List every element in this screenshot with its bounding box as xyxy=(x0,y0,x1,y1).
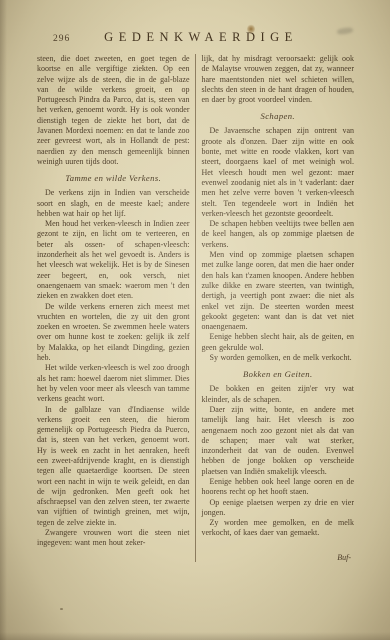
paragraph: In de galblaze van d'Indiaense wilde ver… xyxy=(37,405,190,529)
page-header: 296 GEDENKWAERDIGE xyxy=(0,30,390,48)
section-heading-bokken-en-geiten: Bokken en Geiten. xyxy=(202,369,355,379)
page-edge-shadow-bottom xyxy=(0,632,390,640)
paragraph: Men vind op zommige plaetsen schapen met… xyxy=(202,250,355,332)
paragraph: De wilde verkens erneren zich meest met … xyxy=(37,302,190,364)
text-columns: steen, die doet zweeten, en goet tegen d… xyxy=(37,54,354,562)
left-column: steen, die doet zweeten, en goet tegen d… xyxy=(37,54,195,562)
scanned-book-page: 296 GEDENKWAERDIGE steen, die doet zweet… xyxy=(0,0,390,640)
paragraph: Eenige hebben ook heel lange ooren en de… xyxy=(202,477,355,498)
paragraph: Het wilde verken-vleesch is wel zoo droo… xyxy=(37,363,190,404)
right-column: lijk, dat hy misdragt veroorsaekt: gelij… xyxy=(196,54,355,562)
paragraph: De Javaensche schapen zijn ontrent van g… xyxy=(202,126,355,219)
paragraph: Op eenige plaetsen werpen zy drie en vie… xyxy=(202,498,355,519)
paragraph: Sy worden gemolken, en de melk verkocht. xyxy=(202,353,355,363)
paper-stain xyxy=(247,24,255,34)
paragraph: De schapen hebben veeltijts twee bellen … xyxy=(202,219,355,250)
paragraph-continuation: steen, die doet zweeten, en goet tegen d… xyxy=(37,54,190,167)
catchword: Buf- xyxy=(202,553,355,562)
paragraph: Eenige hebben slecht hair, als de geiten… xyxy=(202,332,355,353)
paper-speck xyxy=(60,608,63,610)
section-heading-schapen: Schapen. xyxy=(202,111,355,121)
paragraph: Zy worden mee gemolken, en de melk verko… xyxy=(202,518,355,539)
paragraph: De verkens zijn in Indien van verscheide… xyxy=(37,188,190,219)
page-number: 296 xyxy=(53,34,70,44)
paragraph: De bokken en geiten zijn'er vry wat klei… xyxy=(202,384,355,405)
paragraph: Daer zijn witte, bonte, en andere met ta… xyxy=(202,405,355,477)
paragraph: Men houd het verken-vleesch in Indien ze… xyxy=(37,219,190,301)
paragraph: Zwangere vrouwen wort die steen niet ing… xyxy=(37,528,190,549)
paragraph-continuation: lijk, dat hy misdragt veroorsaekt: gelij… xyxy=(202,54,355,105)
section-heading-tamme-en-wilde-verkens: Tamme en wilde Verkens. xyxy=(37,173,190,183)
page-edge-shadow-left xyxy=(0,0,7,640)
